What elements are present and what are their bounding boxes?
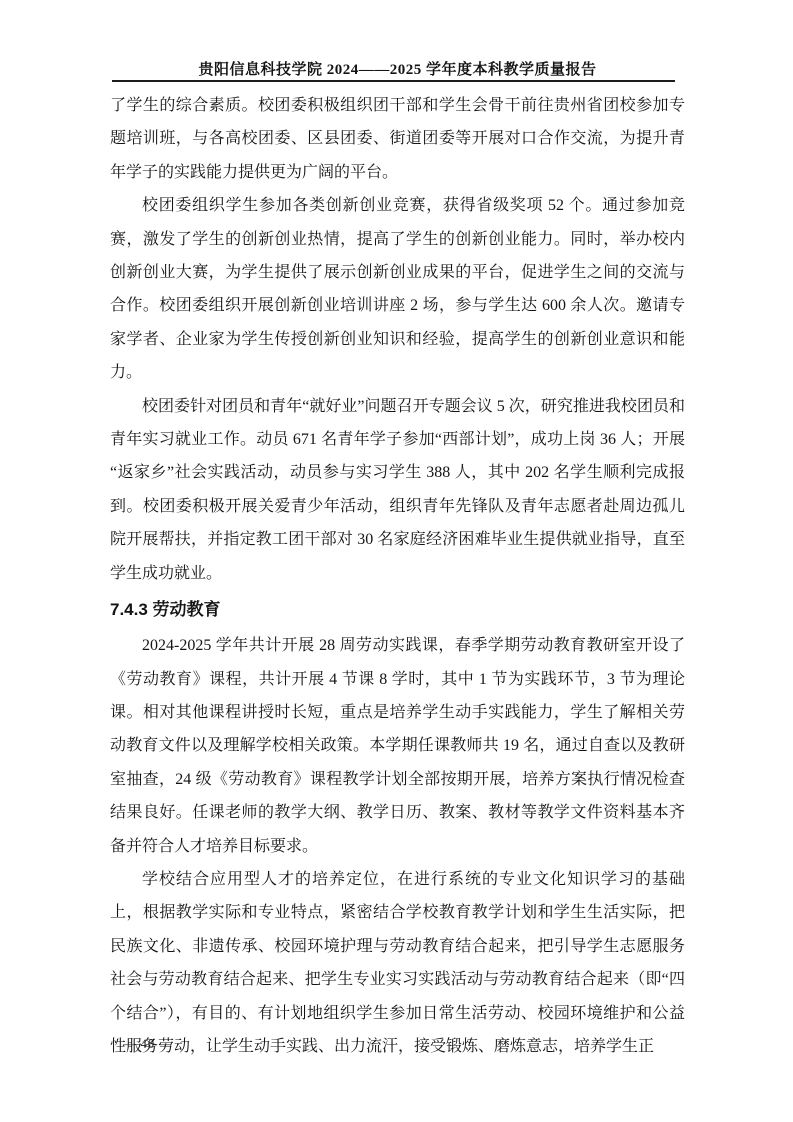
paragraph-innovation-competitions: 校团委组织学生参加各类创新创业竞赛，获得省级奖项 52 个。通过参加竞赛，激发了… bbox=[110, 189, 685, 389]
document-page: 贵阳信息科技学院 2024——2025 学年度本科教学质量报告 了学生的综合素质… bbox=[0, 0, 793, 1122]
document-body: 了学生的综合素质。校团委积极组织团干部和学生会骨干前往贵州省团校参加专题培训班，… bbox=[110, 89, 685, 1063]
paragraph-employment-work: 校团委针对团员和青年“就好业”问题召开专题会议 5 次，研究推进我校团员和青年实… bbox=[110, 390, 685, 590]
header-divider bbox=[112, 80, 675, 82]
paragraph-continuation: 了学生的综合素质。校团委积极组织团干部和学生会骨干前往贵州省团校参加专题培训班，… bbox=[110, 89, 685, 189]
page-header-title: 贵阳信息科技学院 2024——2025 学年度本科教学质量报告 bbox=[110, 58, 685, 79]
page-number: — 40 — bbox=[123, 1037, 173, 1052]
section-heading-labor-education: 7.4.3 劳动教育 bbox=[110, 598, 685, 622]
paragraph-labor-course: 2024-2025 学年共计开展 28 周劳动实践课，春季学期劳动教育教研室开设… bbox=[110, 629, 685, 863]
paragraph-four-combinations: 学校结合应用型人才的培养定位，在进行系统的专业文化知识学习的基础上，根据教学实际… bbox=[110, 863, 685, 1063]
